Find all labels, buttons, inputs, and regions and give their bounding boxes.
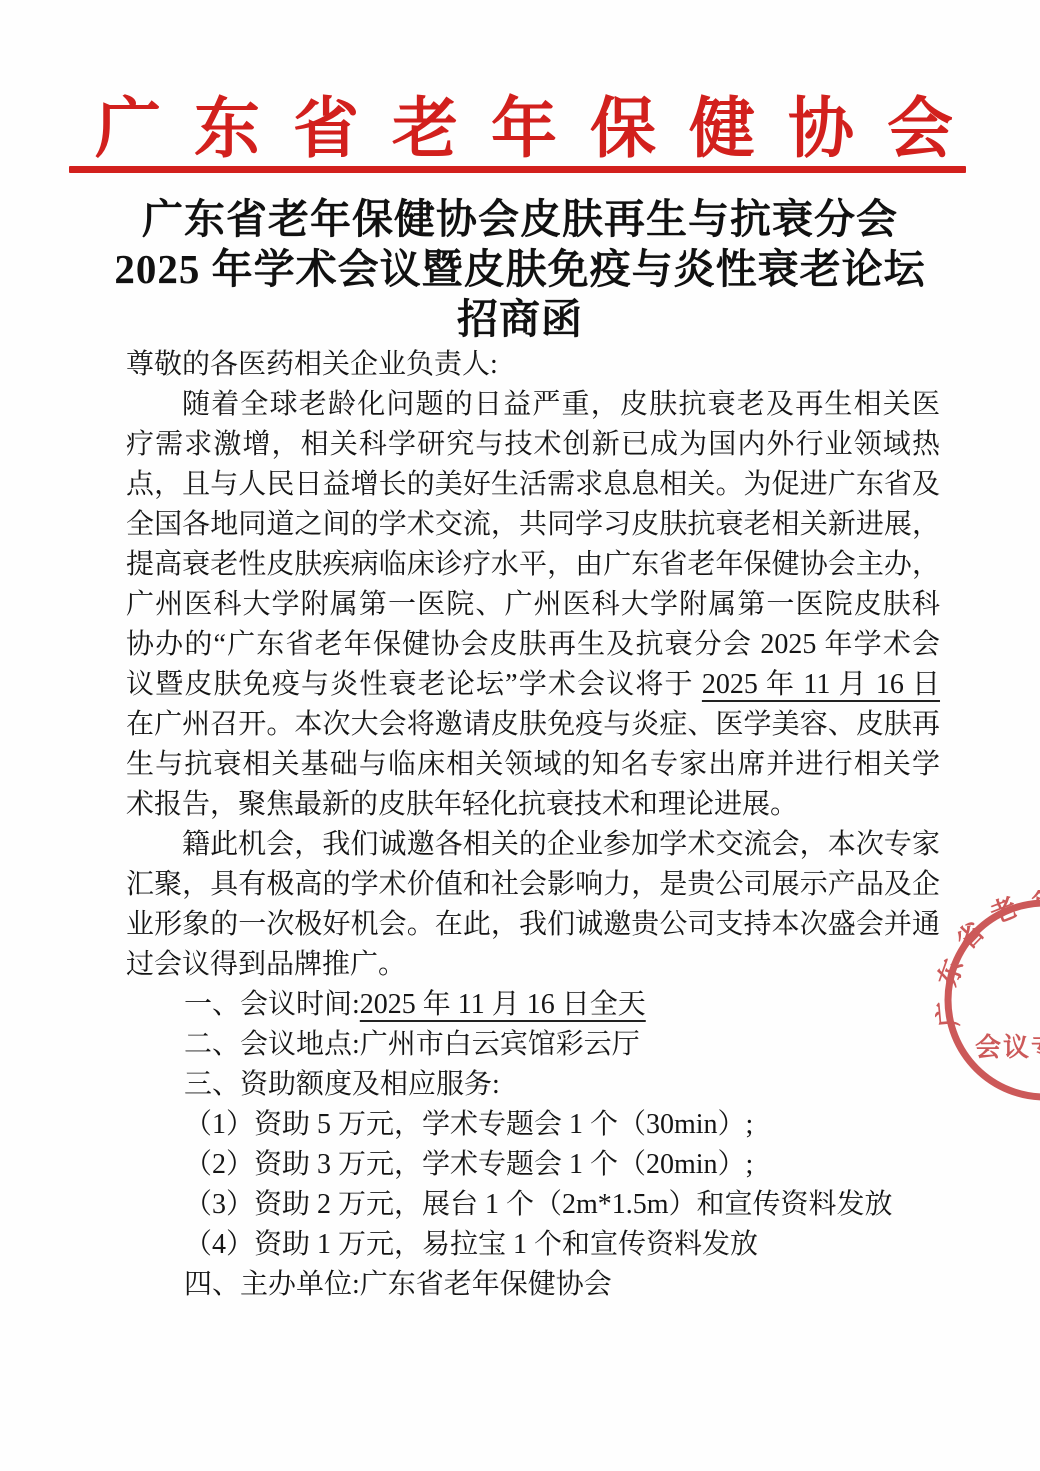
scanned-letter-page: 广东省老年保健协会 广东省老年保健协会皮肤再生与抗衰分会 2025 年学术会议暨…: [0, 0, 1040, 1471]
paragraph-line: 疗需求激增，相关科学研究与技术创新已成为国内外行业领域热: [126, 425, 940, 465]
paragraph-line: 提高衰老性皮肤疾病临床诊疗水平，由广东省老年保健协会主办，: [126, 545, 940, 585]
paragraph-line: 生与抗衰相关基础与临床相关领域的知名专家出席并进行相关学: [126, 745, 940, 785]
seal-center-text: 会议专用章: [975, 1032, 1040, 1062]
sponsor-tier-2: （2）资助 3 万元，学术专题会 1 个（20min）;: [126, 1145, 940, 1185]
paragraph-line: 点，且与人民日益增长的美好生活需求息息相关。为促进广东省及: [126, 465, 940, 505]
paragraph-line: 术报告，聚焦最新的皮肤年轻化抗衰技术和理论进展。: [126, 785, 940, 825]
organizer-item: 四、主办单位:广东省老年保健协会: [126, 1265, 940, 1305]
paragraph-line: 业形象的一次极好机会。在此，我们诚邀贵公司支持本次盛会并通: [126, 905, 940, 945]
meeting-time-value-underlined: 2025 年 11 月 16 日全天: [360, 989, 646, 1020]
sponsor-tier-1: （1）资助 5 万元，学术专题会 1 个（30min）;: [126, 1105, 940, 1145]
meeting-time-label: 一、会议时间:: [184, 989, 360, 1020]
conference-date-underlined: 2025 年 11 月 16 日: [702, 669, 940, 700]
paragraph-line: 在广州召开。本次大会将邀请皮肤免疫与炎症、医学美容、皮肤再: [126, 705, 940, 745]
paragraph-line: 汇聚，具有极高的学术价值和社会影响力，是贵公司展示产品及企: [126, 865, 940, 905]
letterhead-org-name: 广东省老年保健协会: [95, 94, 995, 166]
paragraph-line: 全国各地同道之间的学术交流，共同学习皮肤抗衰老相关新进展，: [126, 505, 940, 545]
title-line-1: 广东省老年保健协会皮肤再生与抗衰分会: [0, 194, 1040, 244]
official-seal-stamp: 广东省老年保健协会 会议专用章: [935, 890, 1040, 1110]
paragraph-line: 广州医科大学附属第一医院、广州医科大学附属第一医院皮肤科: [126, 585, 940, 625]
title-line-3: 招商函: [0, 294, 1040, 344]
paragraph-line: 随着全球老龄化问题的日益严重，皮肤抗衰老及再生相关医: [126, 385, 940, 425]
sponsor-tiers-header: 三、资助额度及相应服务:: [126, 1065, 940, 1105]
letterhead-rule: [69, 166, 966, 173]
letter-body: 尊敬的各医药相关企业负责人: 随着全球老龄化问题的日益严重，皮肤抗衰老及再生相关…: [126, 345, 940, 1305]
sponsor-tier-4: （4）资助 1 万元，易拉宝 1 个和宣传资料发放: [126, 1225, 940, 1265]
sponsor-tier-3: （3）资助 2 万元，展台 1 个（2m*1.5m）和宣传资料发放: [126, 1185, 940, 1225]
paragraph-line: 协办的“广东省老年保健协会皮肤再生及抗衰分会 2025 年学术会: [126, 625, 940, 665]
paragraph-line-with-date: 议暨皮肤免疫与炎性衰老论坛”学术会议将于 2025 年 11 月 16 日: [126, 665, 940, 705]
title-line-2: 2025 年学术会议暨皮肤免疫与炎性衰老论坛: [0, 244, 1040, 294]
svg-text:广东省老年保健协会: 广东省老年保健协会: [935, 890, 1040, 1040]
paragraph-text: 议暨皮肤免疫与炎性衰老论坛”学术会议将于: [126, 669, 702, 700]
seal-arc-text: 广东省老年保健协会: [935, 890, 1040, 1040]
document-title: 广东省老年保健协会皮肤再生与抗衰分会 2025 年学术会议暨皮肤免疫与炎性衰老论…: [0, 194, 1040, 344]
meeting-time-item: 一、会议时间:2025 年 11 月 16 日全天: [126, 985, 940, 1025]
paragraph-line: 过会议得到品牌推广。: [126, 945, 940, 985]
salutation: 尊敬的各医药相关企业负责人:: [126, 345, 940, 385]
meeting-venue-item: 二、会议地点:广州市白云宾馆彩云厅: [126, 1025, 940, 1065]
paragraph-line: 籍此机会，我们诚邀各相关的企业参加学术交流会，本次专家: [126, 825, 940, 865]
